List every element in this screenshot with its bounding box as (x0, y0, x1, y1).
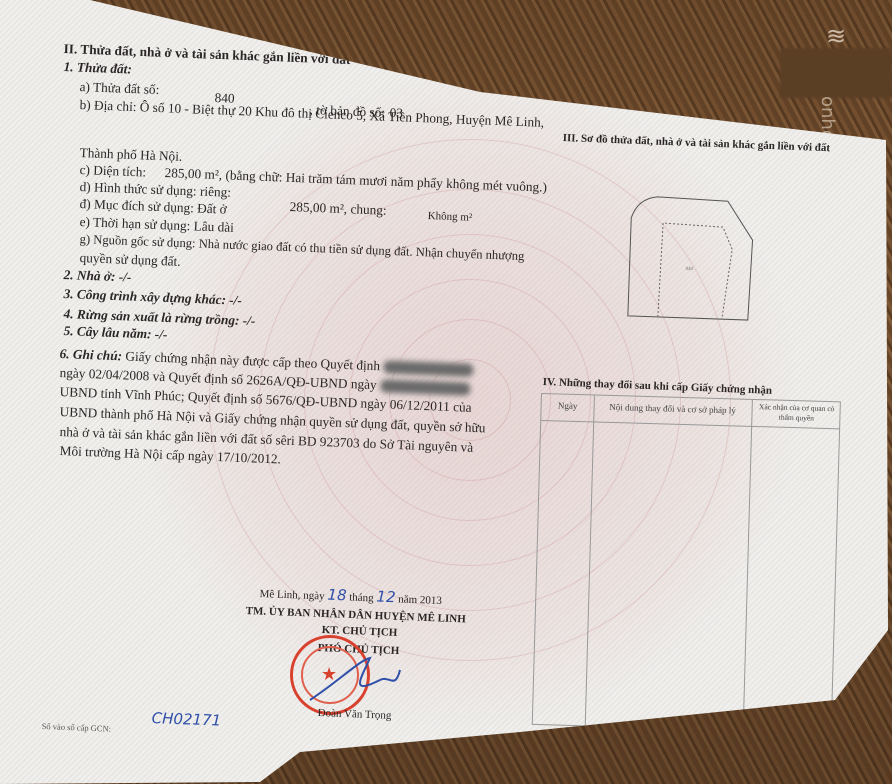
house-item: 2. Nhà ở: -/- (63, 266, 131, 286)
land-certificate-page: II. Thửa đất, nhà ở và tài sản khác gắn … (0, 0, 892, 784)
signer-name: Đoàn Văn Trọng (317, 705, 391, 725)
signing-day: 18 (327, 586, 347, 605)
changes-table: Ngày Nội dung thay đổi và cơ sở pháp lý … (532, 393, 841, 733)
usage-private-value: 285,00 m², chung: (289, 198, 387, 219)
parcel-number-label: a) Thửa đất số: (79, 78, 159, 98)
signing-month: 12 (376, 587, 396, 606)
notes-label: 6. Ghi chú: (59, 346, 122, 363)
col-change-content: Nội dung thay đổi và cơ sở pháp lý (598, 402, 748, 416)
perennial-item: 5. Cây lâu năm: -/- (63, 322, 167, 343)
land-heading: 1. Thửa đất: (63, 58, 132, 78)
col-date: Ngày (544, 400, 592, 411)
redacted-text (383, 361, 473, 377)
registry-number: CH02171 (151, 710, 221, 730)
parcel-diagram: 840 (597, 177, 782, 333)
watermark-logo-icon: ≋ (826, 22, 846, 50)
handwritten-signature (300, 650, 410, 710)
section-iii-title: III. Sơ đồ thửa đất, nhà ở và tài sản kh… (562, 130, 830, 157)
col-confirmation: Xác nhận của cơ quan có thẩm quyền (755, 402, 838, 424)
registry-label: Số vào sổ cấp GCN: (41, 718, 111, 738)
svg-text:840: 840 (685, 267, 693, 272)
redacted-text (380, 380, 470, 396)
watermark-blur (780, 48, 892, 98)
usage-shared-value: Không m² (427, 208, 472, 227)
